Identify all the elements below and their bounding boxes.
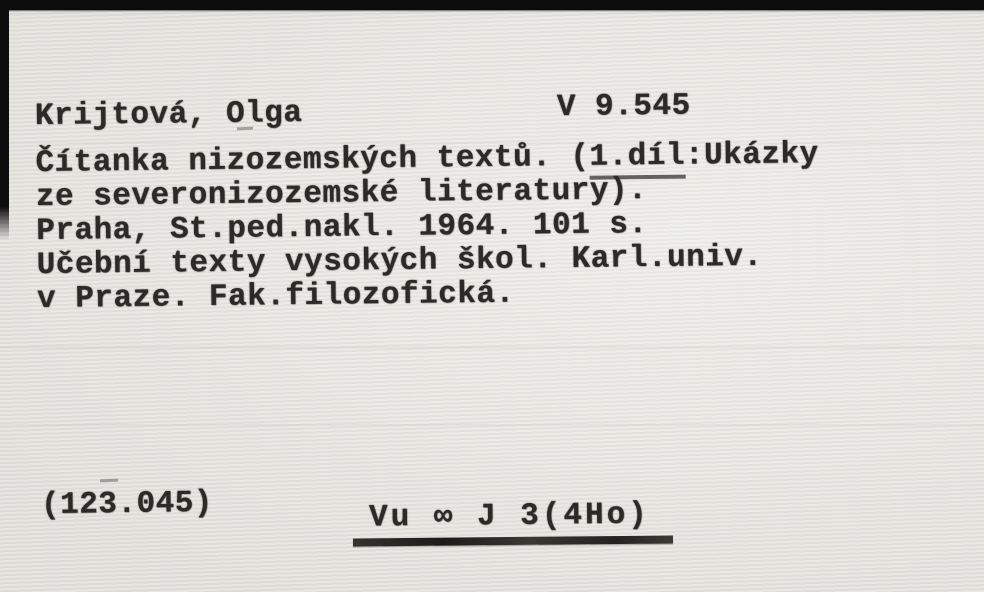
paper-streak bbox=[0, 424, 984, 426]
inventory-number: (123.045) bbox=[41, 486, 213, 523]
author-heading: Krijtová, Olga bbox=[35, 96, 303, 134]
catalog-card: Krijtová, Olga V 9.545 Čítanka nizozemsk… bbox=[0, 0, 984, 592]
scan-artifact-left-edge bbox=[0, 0, 9, 240]
title-text-post: :Ukázky bbox=[685, 137, 819, 174]
shelf-mark: Vu ∞ J 3(4Ho) bbox=[369, 498, 650, 536]
series-line-2: v Praze. Fak.filozofická. bbox=[37, 274, 821, 317]
bibliographic-description: Čítanka nizozemských textů. (1.díl:Ukázk… bbox=[35, 138, 820, 317]
shelf-mark-underline bbox=[353, 535, 673, 546]
ink-smudge bbox=[100, 479, 118, 483]
call-number: V 9.545 bbox=[557, 89, 691, 126]
scan-artifact-top-edge bbox=[0, 0, 984, 10]
paper-streak bbox=[0, 346, 984, 349]
